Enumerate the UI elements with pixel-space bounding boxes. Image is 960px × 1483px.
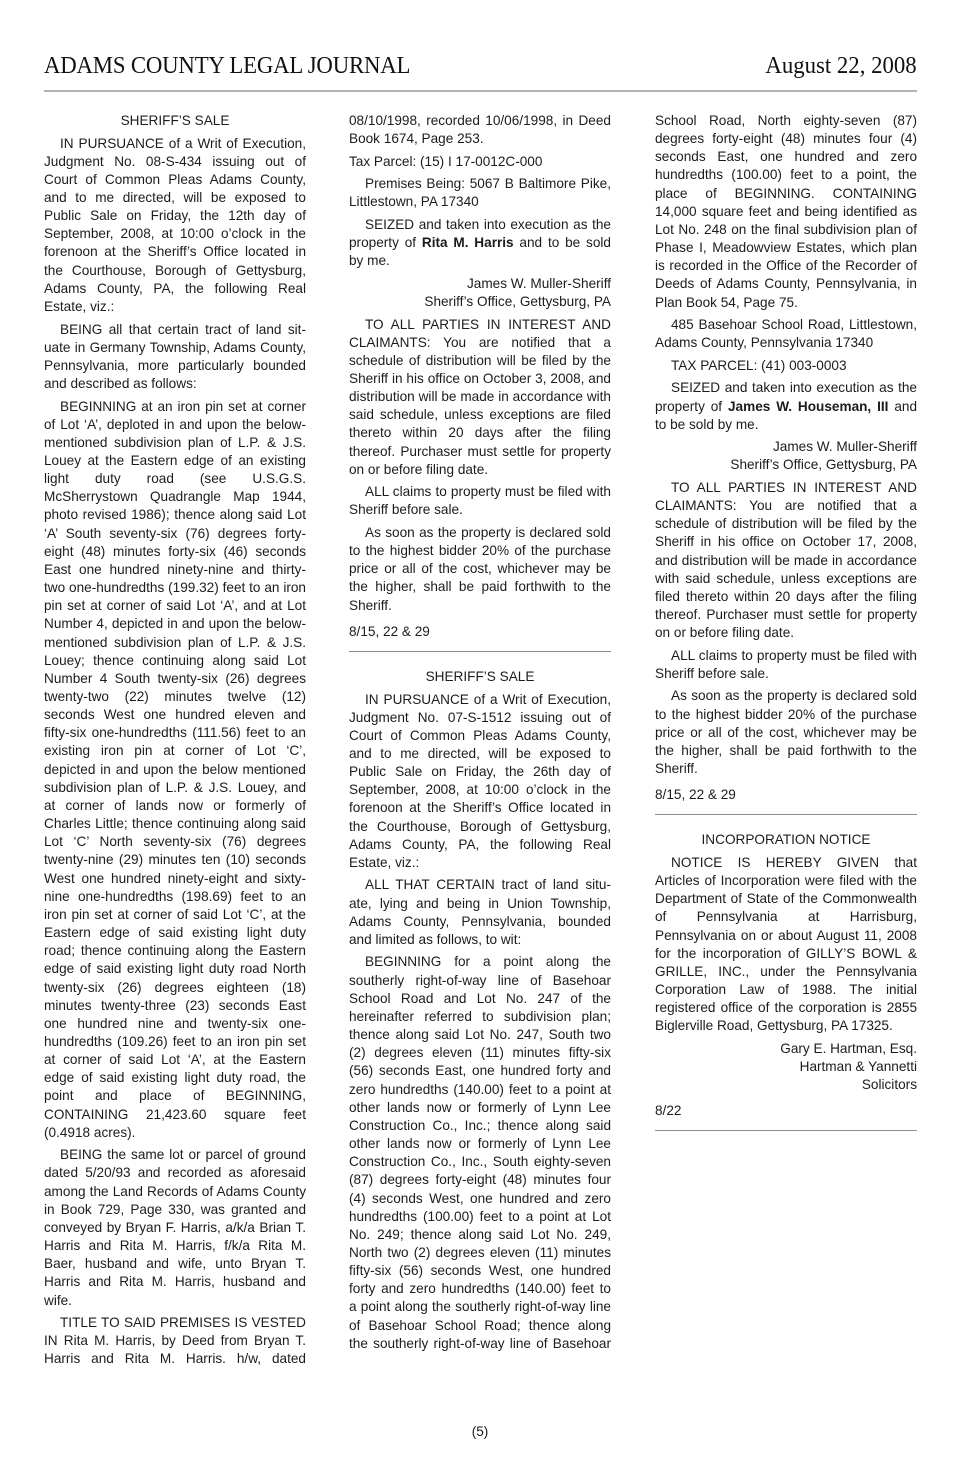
publication-dates: 8/22 [655,1102,917,1120]
issue-date: August 22, 2008 [766,52,917,80]
notice-paragraph: BEING the same lot or parcel of ground d… [44,1146,306,1309]
publication-dates: 8/15, 22 & 29 [349,623,611,641]
incorporation-paragraph: NOTICE IS HEREBY GIVEN that Articles of … [655,854,917,1036]
property-owner: Rita M. Harris [422,235,514,250]
seizure-statement: SEIZED and taken into execution as the p… [655,379,917,433]
notice-divider [349,651,611,652]
publication-dates: 8/15, 22 & 29 [655,786,917,804]
property-address: 485 Basehoar School Road, Littlestown, A… [655,316,917,352]
page-header: ADAMS COUNTY LEGAL JOURNAL August 22, 20… [44,52,917,84]
notice-paragraph: ALL THAT CERTAIN tract of land situ­ate,… [349,876,611,949]
notice-title: SHERIFF’S SALE [44,112,306,130]
payment-terms: As soon as the property is declared sold… [655,687,917,778]
notice-divider [655,1130,917,1131]
tax-parcel: Tax Parcel: (15) I 17-0012C-000 [349,153,611,171]
premises-address: Premises Being: 5067 B Baltimore Pike, L… [349,175,611,211]
notice-title: INCORPORATION NOTICE [655,831,917,849]
column-1: SHERIFF’S SALE IN PURSUANCE of a Writ of… [44,112,306,1373]
property-description: BEGINNING for a point along the southerl… [349,953,611,1352]
journal-title: ADAMS COUNTY LEGAL JOURNAL [44,52,410,80]
claims-notice: ALL claims to property must be filed wit… [655,647,917,683]
distribution-notice: TO ALL PARTIES IN INTEREST AND CLAIMANTS… [349,316,611,479]
property-owner: James W. Houseman, III [728,399,888,414]
notice-title: SHERIFF’S SALE [349,668,611,686]
solicitor-signature: Gary E. Hartman, Esq. Hartman & Yannetti… [655,1040,917,1094]
notice-paragraph: IN PURSUANCE of a Writ of Execu­tion, Ju… [44,135,306,317]
title-vesting-paragraph: 08/10/1998, recorded 10/06/1998, in Deed… [349,112,611,148]
column-2: 08/10/1998, recorded 10/06/1998, in Deed… [349,112,611,1357]
property-description: BEGINNING at an iron pin set at cor­ner … [44,398,306,1142]
seizure-statement: SEIZED and taken into execution as the p… [349,216,611,270]
notice-paragraph: BEING all that certain tract of land sit… [44,321,306,394]
sheriff-signature: James W. Muller-Sheriff Sheriff’s Office… [349,275,611,311]
title-vesting-paragraph: TITLE TO SAID PREMISES IS VEST­ED IN Rit… [44,1314,306,1368]
payment-terms: As soon as the property is declared sold… [349,524,611,615]
notice-paragraph: IN PURSUANCE of a Writ of Execu­tion, Ju… [349,691,611,873]
tax-parcel: TAX PARCEL: (41) 003-0003 [655,357,917,375]
header-divider [44,90,917,92]
column-3: School Road, North eighty-seven (87) deg… [655,112,917,1147]
notice-divider [655,814,917,815]
page-number: (5) [0,1424,960,1439]
sheriff-signature: James W. Muller-Sheriff Sheriff’s Office… [655,438,917,474]
distribution-notice: TO ALL PARTIES IN INTEREST AND CLAIMANTS… [655,479,917,642]
claims-notice: ALL claims to property must be filed wit… [349,483,611,519]
property-description: School Road, North eighty-seven (87) deg… [655,112,917,312]
